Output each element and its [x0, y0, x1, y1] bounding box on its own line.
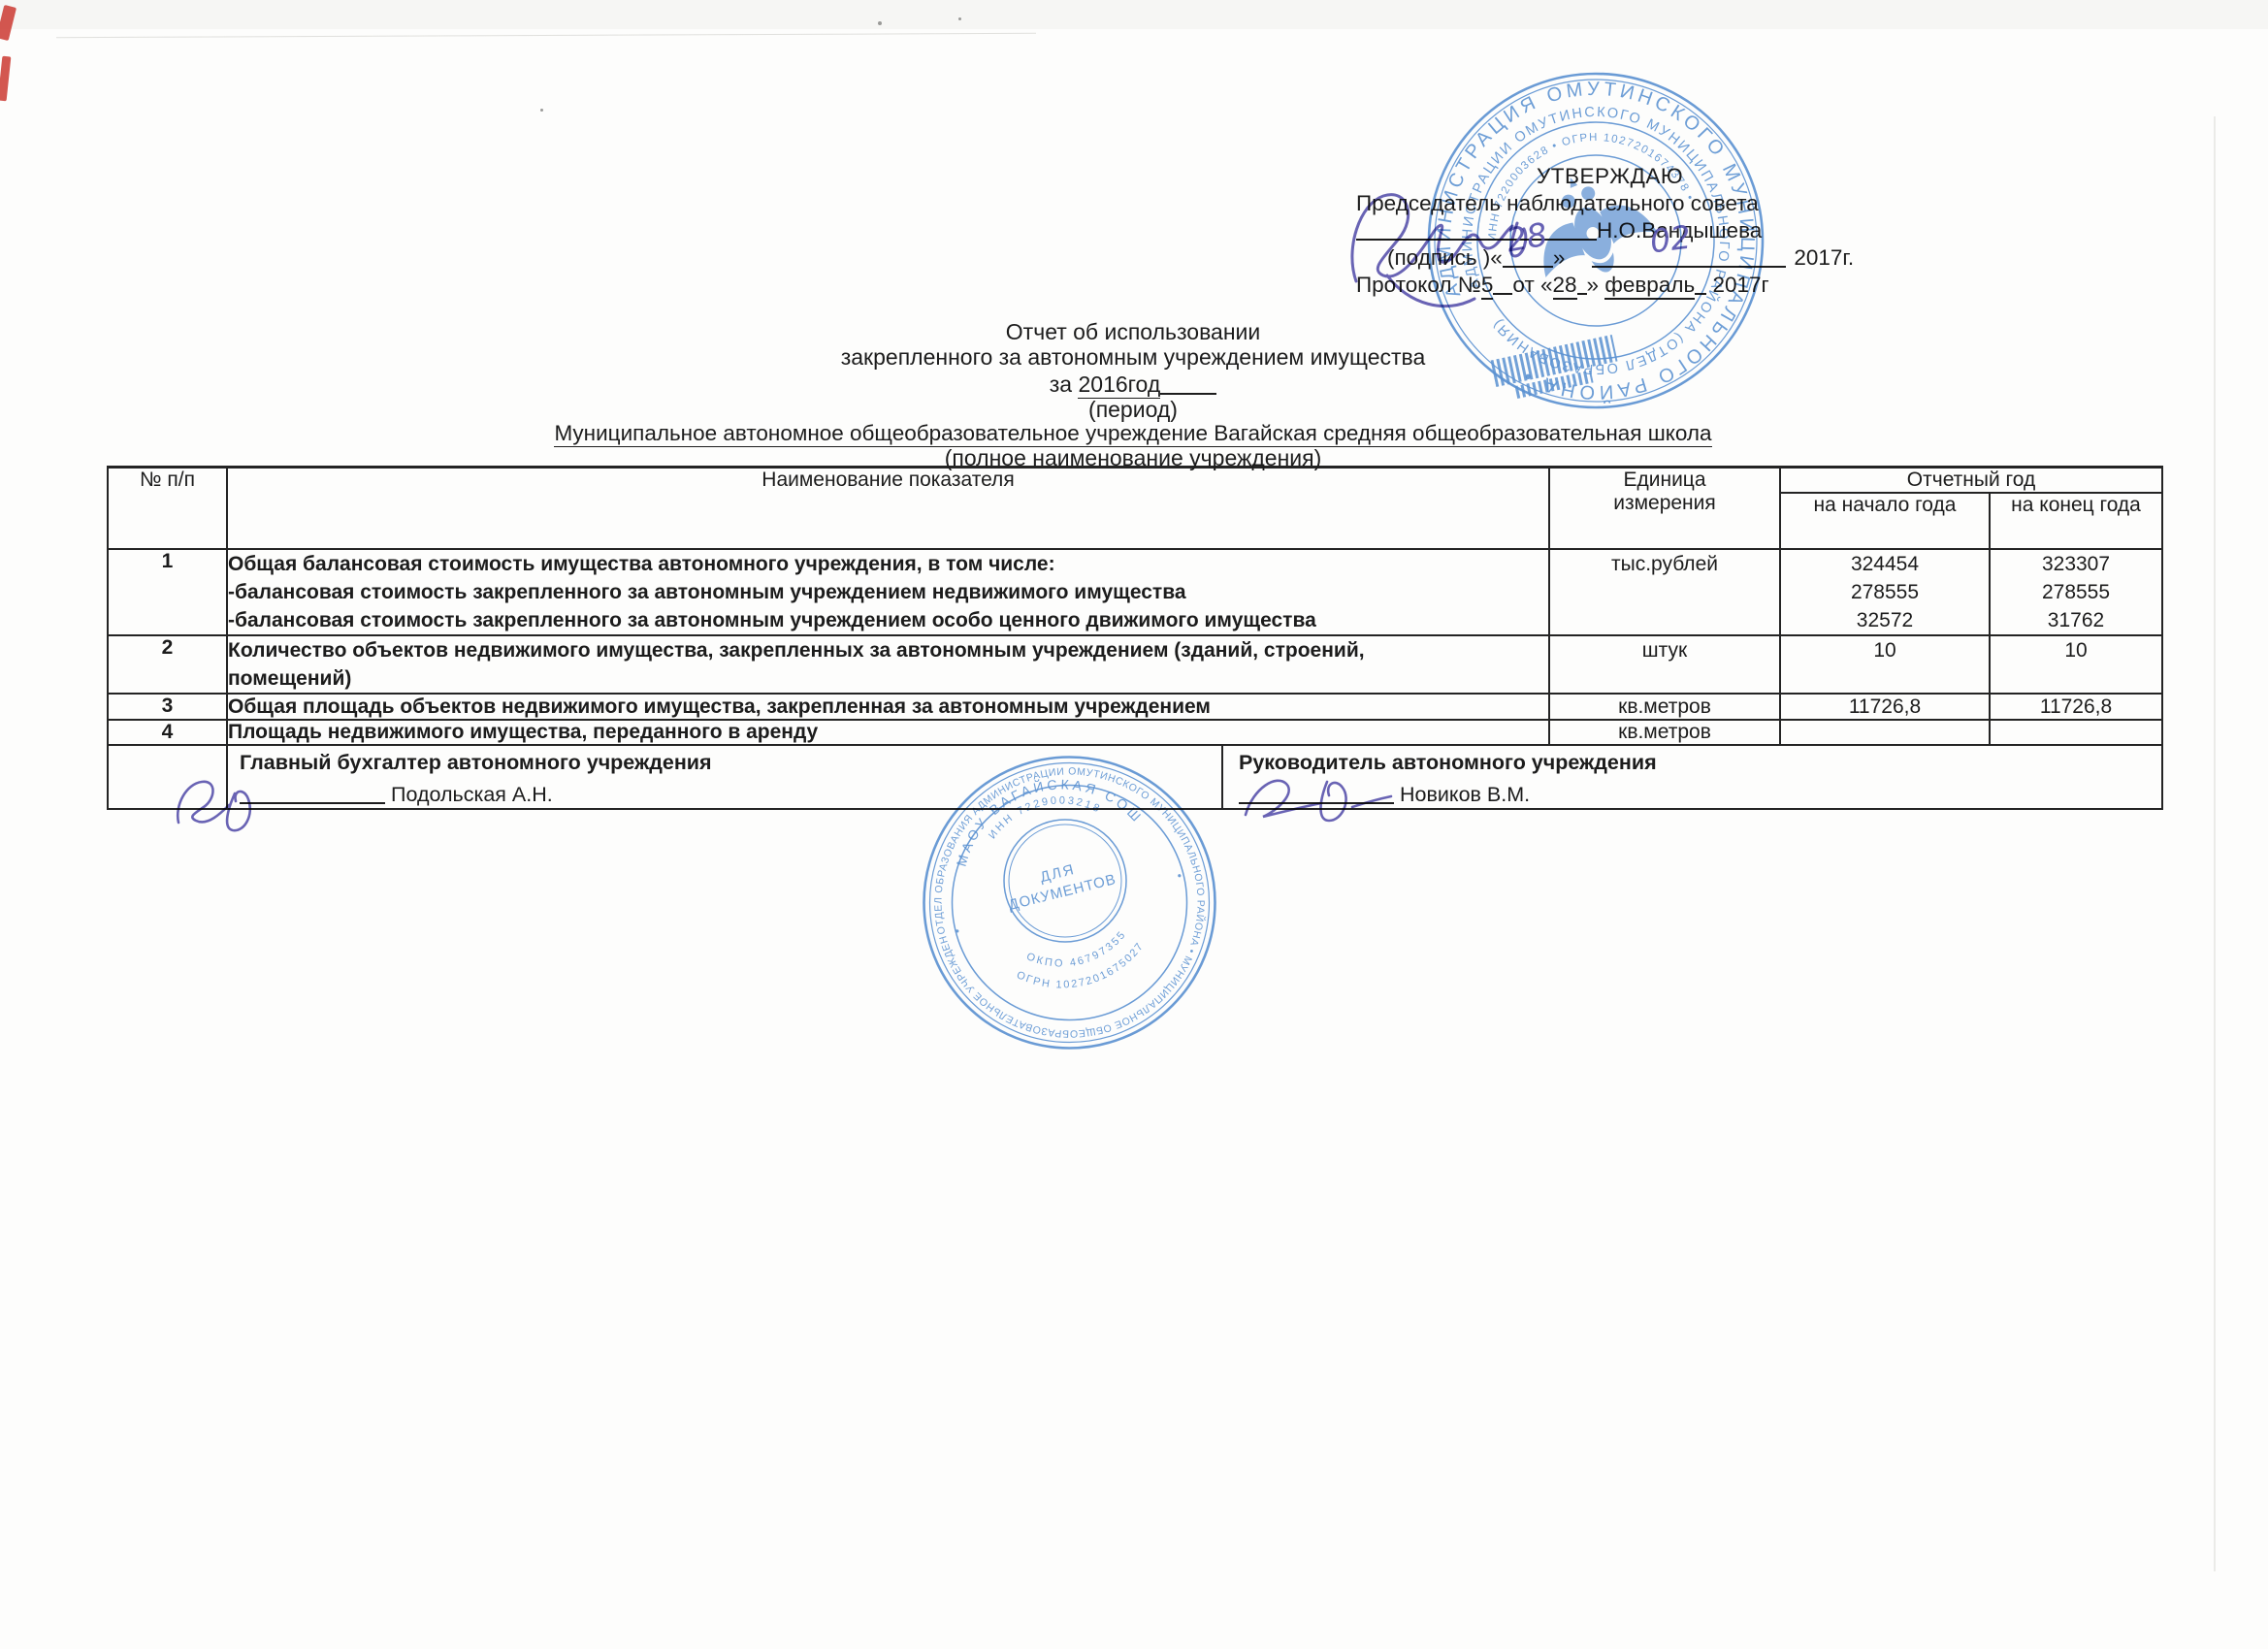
paper-right-edge	[2214, 116, 2216, 1571]
header-unit: Единица измерения	[1549, 468, 1780, 550]
row-indicator: Количество объектов недвижимого имуществ…	[227, 635, 1549, 694]
row-value-end	[1990, 720, 2162, 745]
row-num: 3	[108, 694, 227, 720]
document-title-block: Отчет об использовании закрепленного за …	[82, 320, 2184, 469]
row-unit: кв.метров	[1549, 694, 1780, 720]
row-unit: штук	[1549, 635, 1780, 694]
organization-name-text: Муниципальное автономное общеобразовател…	[554, 421, 1711, 447]
paper-crease	[56, 33, 1036, 38]
title-line-2: закрепленного за автономным учреждением …	[82, 345, 2184, 369]
period-blank	[1160, 372, 1216, 395]
table-row: 2 Количество объектов недвижимого имущес…	[108, 635, 2162, 694]
row-value-start: 10	[1780, 635, 1990, 694]
period-year: 2016год	[1078, 372, 1160, 399]
table-row: 4 Площадь недвижимого имущества, передан…	[108, 720, 2162, 745]
value-line: 32572	[1781, 606, 1989, 634]
title-period-line: за 2016год	[82, 372, 2184, 396]
value-line: 31762	[1991, 606, 2161, 634]
period-prefix: за	[1050, 372, 1079, 397]
row-value-start: 324454 278555 32572	[1780, 549, 1990, 635]
chairman-ink-signature	[1327, 167, 1618, 341]
school-round-stamp: ОТДЕЛ ОБРАЗОВАНИЯ АДМИНИСТРАЦИИ ОМУТИНСК…	[917, 750, 1222, 1055]
scanned-report-page: АДМИНИСТРАЦИЯ ОМУТИНСКОГО МУНИЦИПАЛЬНОГО…	[0, 0, 2268, 1649]
row-value-end: 10	[1990, 635, 2162, 694]
director-ink-signature	[1234, 764, 1409, 842]
row-value-start: 11726,8	[1780, 694, 1990, 720]
director-name: Новиков В.М.	[1394, 783, 1530, 806]
indicator-line: Количество объектов недвижимого имуществ…	[228, 636, 1548, 664]
row-indicator: Площадь недвижимого имущества, переданно…	[227, 720, 1549, 745]
row-unit: тыс.рублей	[1549, 549, 1780, 635]
row-unit: кв.метров	[1549, 720, 1780, 745]
indicator-line: помещений)	[228, 664, 1548, 693]
row-value-start	[1780, 720, 1990, 745]
header-name: Наименование показателя	[227, 468, 1549, 550]
indicator-line: Общая балансовая стоимость имущества авт…	[228, 550, 1548, 578]
indicator-line: -балансовая стоимость закрепленного за а…	[228, 578, 1548, 606]
row-value-end: 323307 278555 31762	[1990, 549, 2162, 635]
stamp-dot: •	[954, 924, 960, 939]
accountant-ink-signature	[165, 768, 291, 846]
title-line-1: Отчет об использовании	[82, 320, 2184, 343]
header-year-end: на конец года	[1990, 493, 2162, 549]
header-year-start: на начало года	[1780, 493, 1990, 549]
sign-year: 2017г.	[1794, 245, 1854, 270]
period-caption: (период)	[82, 398, 2184, 421]
accountant-name: Подольская А.Н.	[385, 783, 553, 806]
table-header-row-1: № п/п Наименование показателя Единица из…	[108, 468, 2162, 494]
scan-speck	[878, 21, 882, 25]
scan-speck	[958, 17, 961, 20]
header-num: № п/п	[108, 468, 227, 550]
row-num: 1	[108, 549, 227, 635]
table-row: 3 Общая площадь объектов недвижимого иму…	[108, 694, 2162, 720]
header-unit-line1: Единица	[1550, 469, 1779, 492]
scanner-edge-strip	[0, 0, 2268, 29]
organization-caption: (полное наименование учреждения)	[82, 446, 2184, 469]
scan-speck	[540, 109, 543, 112]
stamp-ring-text: ОГРН 1027201675027	[1013, 938, 1153, 1004]
header-unit-line2: измерения	[1550, 492, 1779, 515]
row-indicator: Общая площадь объектов недвижимого имуще…	[227, 694, 1549, 720]
row-value-end: 11726,8	[1990, 694, 2162, 720]
table-row: 1 Общая балансовая стоимость имущества а…	[108, 549, 2162, 635]
value-line: 278555	[1991, 578, 2161, 606]
indicator-line: -балансовая стоимость закрепленного за а…	[228, 606, 1548, 634]
organization-name: Муниципальное автономное общеобразовател…	[82, 422, 2184, 445]
value-line: 278555	[1781, 578, 1989, 606]
header-report-year: Отчетный год	[1780, 468, 2162, 494]
value-line: 323307	[1991, 550, 2161, 578]
red-edge-mark	[0, 56, 11, 102]
value-line: 324454	[1781, 550, 1989, 578]
row-num: 4	[108, 720, 227, 745]
row-num: 2	[108, 635, 227, 694]
row-indicator: Общая балансовая стоимость имущества авт…	[227, 549, 1549, 635]
